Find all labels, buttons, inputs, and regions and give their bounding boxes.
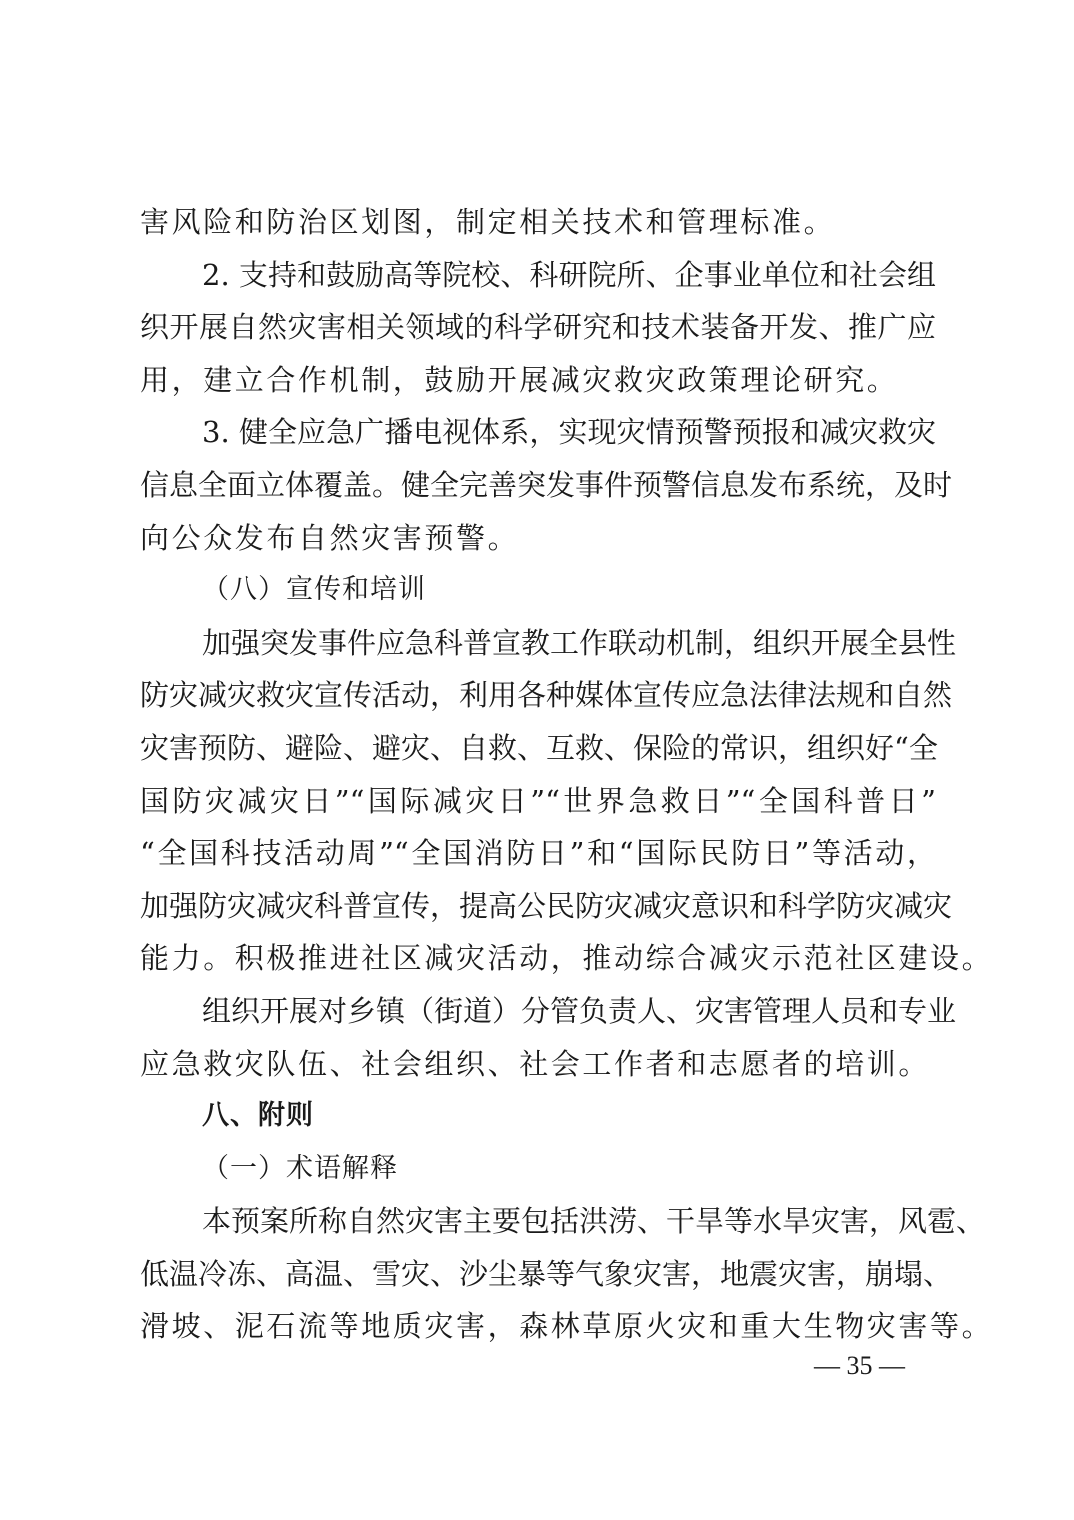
page-number: — 35 — bbox=[814, 1351, 905, 1381]
text-line: 国防灾减灾日”“国际减灾日”“世界急救日”“全国科普日” bbox=[140, 775, 936, 828]
text-line: 能力。积极推进社区减灾活动，推动综合减灾示范社区建设。 bbox=[140, 932, 940, 985]
text-line: 低温冷冻、高温、雪灾、沙尘暴等气象灾害，地震灾害，崩塌、 bbox=[140, 1248, 936, 1301]
text-line: 应急救灾队伍、社会组织、社会工作者和志愿者的培训。 bbox=[140, 1038, 940, 1091]
paragraph-start-line: 2. 支持和鼓励高等院校、科研院所、企事业单位和社会组 bbox=[140, 249, 936, 302]
text-line: 害风险和防治区划图，制定相关技术和管理标准。 bbox=[140, 196, 940, 249]
paragraph-start-line: 加强突发事件应急科普宣教工作联动机制，组织开展全县性 bbox=[140, 617, 936, 670]
text-line: 信息全面立体覆盖。健全完善突发事件预警信息发布系统，及时 bbox=[140, 459, 936, 512]
text-line: 滑坡、泥石流等地质灾害，森林草原火灾和重大生物灾害等。 bbox=[140, 1300, 940, 1353]
section-subheading: （一）术语解释 bbox=[140, 1143, 940, 1196]
text-line: 灾害预防、避险、避灾、自救、互救、保险的常识，组织好“全 bbox=[140, 722, 936, 775]
text-line: 加强防灾减灾科普宣传，提高公民防灾减灾意识和科学防灾减灾 bbox=[140, 880, 936, 933]
section-subheading: （八）宣传和培训 bbox=[140, 564, 940, 617]
section-heading: 八、附则 bbox=[140, 1090, 940, 1143]
paragraph-start-line: 本预案所称自然灾害主要包括洪涝、干旱等水旱灾害，风雹、 bbox=[140, 1195, 936, 1248]
text-line: 用，建立合作机制，鼓励开展减灾救灾政策理论研究。 bbox=[140, 354, 940, 407]
text-line: 向公众发布自然灾害预警。 bbox=[140, 512, 940, 565]
paragraph-start-line: 组织开展对乡镇（街道）分管负责人、灾害管理人员和专业 bbox=[140, 985, 936, 1038]
text-line: 防灾减灾救灾宣传活动，利用各种媒体宣传应急法律法规和自然 bbox=[140, 669, 936, 722]
text-line: “全国科技活动周”“全国消防日”和“国际民防日”等活动， bbox=[140, 827, 936, 880]
text-line: 织开展自然灾害相关领域的科学研究和技术装备开发、推广应 bbox=[140, 301, 936, 354]
document-page: 害风险和防治区划图，制定相关技术和管理标准。 2. 支持和鼓励高等院校、科研院所… bbox=[140, 196, 940, 1353]
paragraph-start-line: 3. 健全应急广播电视体系，实现灾情预警预报和减灾救灾 bbox=[140, 406, 936, 459]
